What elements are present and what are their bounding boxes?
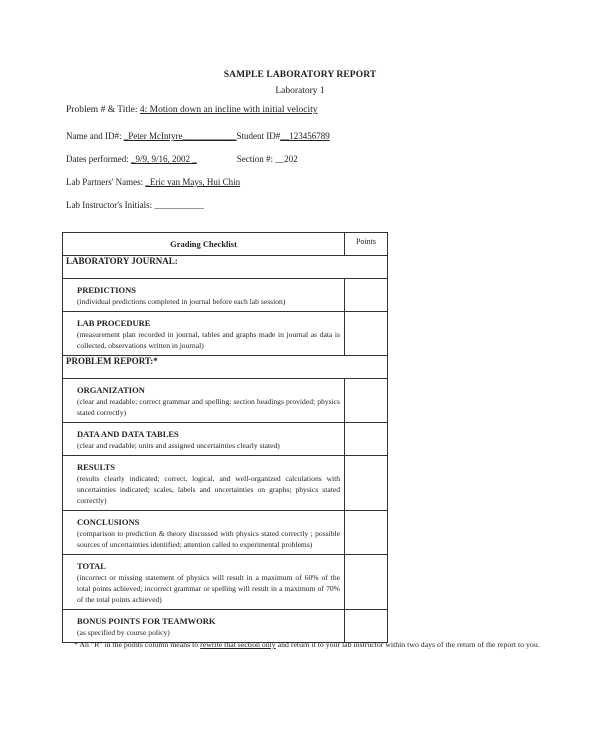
checklist-item-description: (clear and readable; correct grammar and… <box>77 396 340 418</box>
header-points: Points <box>345 233 388 256</box>
checklist-item-description: (results clearly indicated; correct, log… <box>77 473 340 506</box>
problem-field: Problem # & Title: 4: Motion down an inc… <box>66 105 317 115</box>
student-id-value: __123456789 <box>280 131 330 141</box>
checklist-item: RESULTS(results clearly indicated; corre… <box>63 456 345 511</box>
checklist-item-description: (comparison to prediction & theory discu… <box>77 528 340 550</box>
checklist-item-label: ORGANIZATION <box>77 385 340 396</box>
checklist-item-label: RESULTS <box>77 462 340 473</box>
checklist-item-description: (clear and readable; units and assigned … <box>77 440 340 451</box>
checklist-item: LAB PROCEDURE(measurement plan recorded … <box>63 312 345 356</box>
partners-field: Lab Partners' Names: _Eric van Mays, Hui… <box>66 177 240 187</box>
points-cell[interactable] <box>345 379 388 423</box>
report-title: SAMPLE LABORATORY REPORT <box>0 70 600 80</box>
footnote-emphasis: rewrite that section only <box>200 640 276 649</box>
section-heading: PROBLEM REPORT:* <box>63 356 388 379</box>
problem-label: Problem # & Title: <box>66 105 140 115</box>
checklist-item: CONCLUSIONS(comparison to prediction & t… <box>63 511 345 555</box>
points-cell[interactable] <box>345 312 388 356</box>
initials-value: ___________ <box>154 200 204 210</box>
points-cell[interactable] <box>345 555 388 610</box>
checklist-row: LAB PROCEDURE(measurement plan recorded … <box>63 312 388 356</box>
footnote-prefix: * An "R" in the points column means to <box>74 640 200 649</box>
checklist-item-description: (as specified by course policy) <box>77 627 340 638</box>
partners-label: Lab Partners' Names: <box>66 177 145 187</box>
section-heading: LABORATORY JOURNAL: <box>63 256 388 279</box>
student-id-label: Student ID# <box>236 131 280 141</box>
checklist-item-label: LAB PROCEDURE <box>77 318 340 329</box>
checklist-row: CONCLUSIONS(comparison to prediction & t… <box>63 511 388 555</box>
checklist-item-description: (measurement plan recorded in journal, t… <box>77 329 340 351</box>
points-cell[interactable] <box>345 279 388 312</box>
checklist-item: PREDICTIONS(individual predictions compl… <box>63 279 345 312</box>
checklist-row: PREDICTIONS(individual predictions compl… <box>63 279 388 312</box>
footnote-suffix: and return it to your lab instructor wit… <box>276 640 540 649</box>
checklist-row: RESULTS(results clearly indicated; corre… <box>63 456 388 511</box>
checklist-item-label: BONUS POINTS FOR TEAMWORK <box>77 616 340 627</box>
dates-value: _9/9, 9/16, 2002 _ <box>131 154 197 164</box>
section-heading-row: LABORATORY JOURNAL: <box>63 256 388 279</box>
name-value: _Peter McIntyre____________ <box>124 131 237 141</box>
report-subtitle: Laboratory 1 <box>0 86 600 96</box>
section-label: Section #: <box>237 154 276 164</box>
checklist-item-description: (incorrect or missing statement of physi… <box>77 572 340 605</box>
points-cell[interactable] <box>345 423 388 456</box>
checklist-item-label: DATA AND DATA TABLES <box>77 429 340 440</box>
checklist-item-description: (individual predictions completed in jou… <box>77 296 340 307</box>
header-grading-checklist: Grading Checklist <box>63 233 345 256</box>
initials-label: Lab Instructor's Initials: <box>66 200 154 210</box>
checklist-item: DATA AND DATA TABLES(clear and readable;… <box>63 423 345 456</box>
checklist-item: TOTAL(incorrect or missing statement of … <box>63 555 345 610</box>
name-field: Name and ID#: _Peter McIntyre___________… <box>66 131 330 141</box>
dates-field: Dates performed: _9/9, 9/16, 2002 _Secti… <box>66 154 298 164</box>
checklist-item-label: CONCLUSIONS <box>77 517 340 528</box>
checklist-item-label: PREDICTIONS <box>77 285 340 296</box>
checklist-row: DATA AND DATA TABLES(clear and readable;… <box>63 423 388 456</box>
table-header-row: Grading Checklist Points <box>63 233 388 256</box>
checklist-row: ORGANIZATION(clear and readable; correct… <box>63 379 388 423</box>
section-heading-row: PROBLEM REPORT:* <box>63 356 388 379</box>
dates-label: Dates performed: <box>66 154 131 164</box>
section-value: __202 <box>275 154 298 164</box>
partners-value: _Eric van Mays, Hui Chin <box>145 177 240 187</box>
grading-checklist-table: Grading Checklist Points LABORATORY JOUR… <box>62 232 388 643</box>
footnote: * An "R" in the points column means to r… <box>66 638 556 651</box>
points-cell[interactable] <box>345 511 388 555</box>
initials-field: Lab Instructor's Initials: ___________ <box>66 200 204 210</box>
checklist-item: ORGANIZATION(clear and readable; correct… <box>63 379 345 423</box>
problem-value: 4: Motion down an incline with initial v… <box>140 105 318 115</box>
checklist-row: TOTAL(incorrect or missing statement of … <box>63 555 388 610</box>
name-label: Name and ID#: <box>66 131 124 141</box>
points-cell[interactable] <box>345 456 388 511</box>
checklist-item-label: TOTAL <box>77 561 340 572</box>
